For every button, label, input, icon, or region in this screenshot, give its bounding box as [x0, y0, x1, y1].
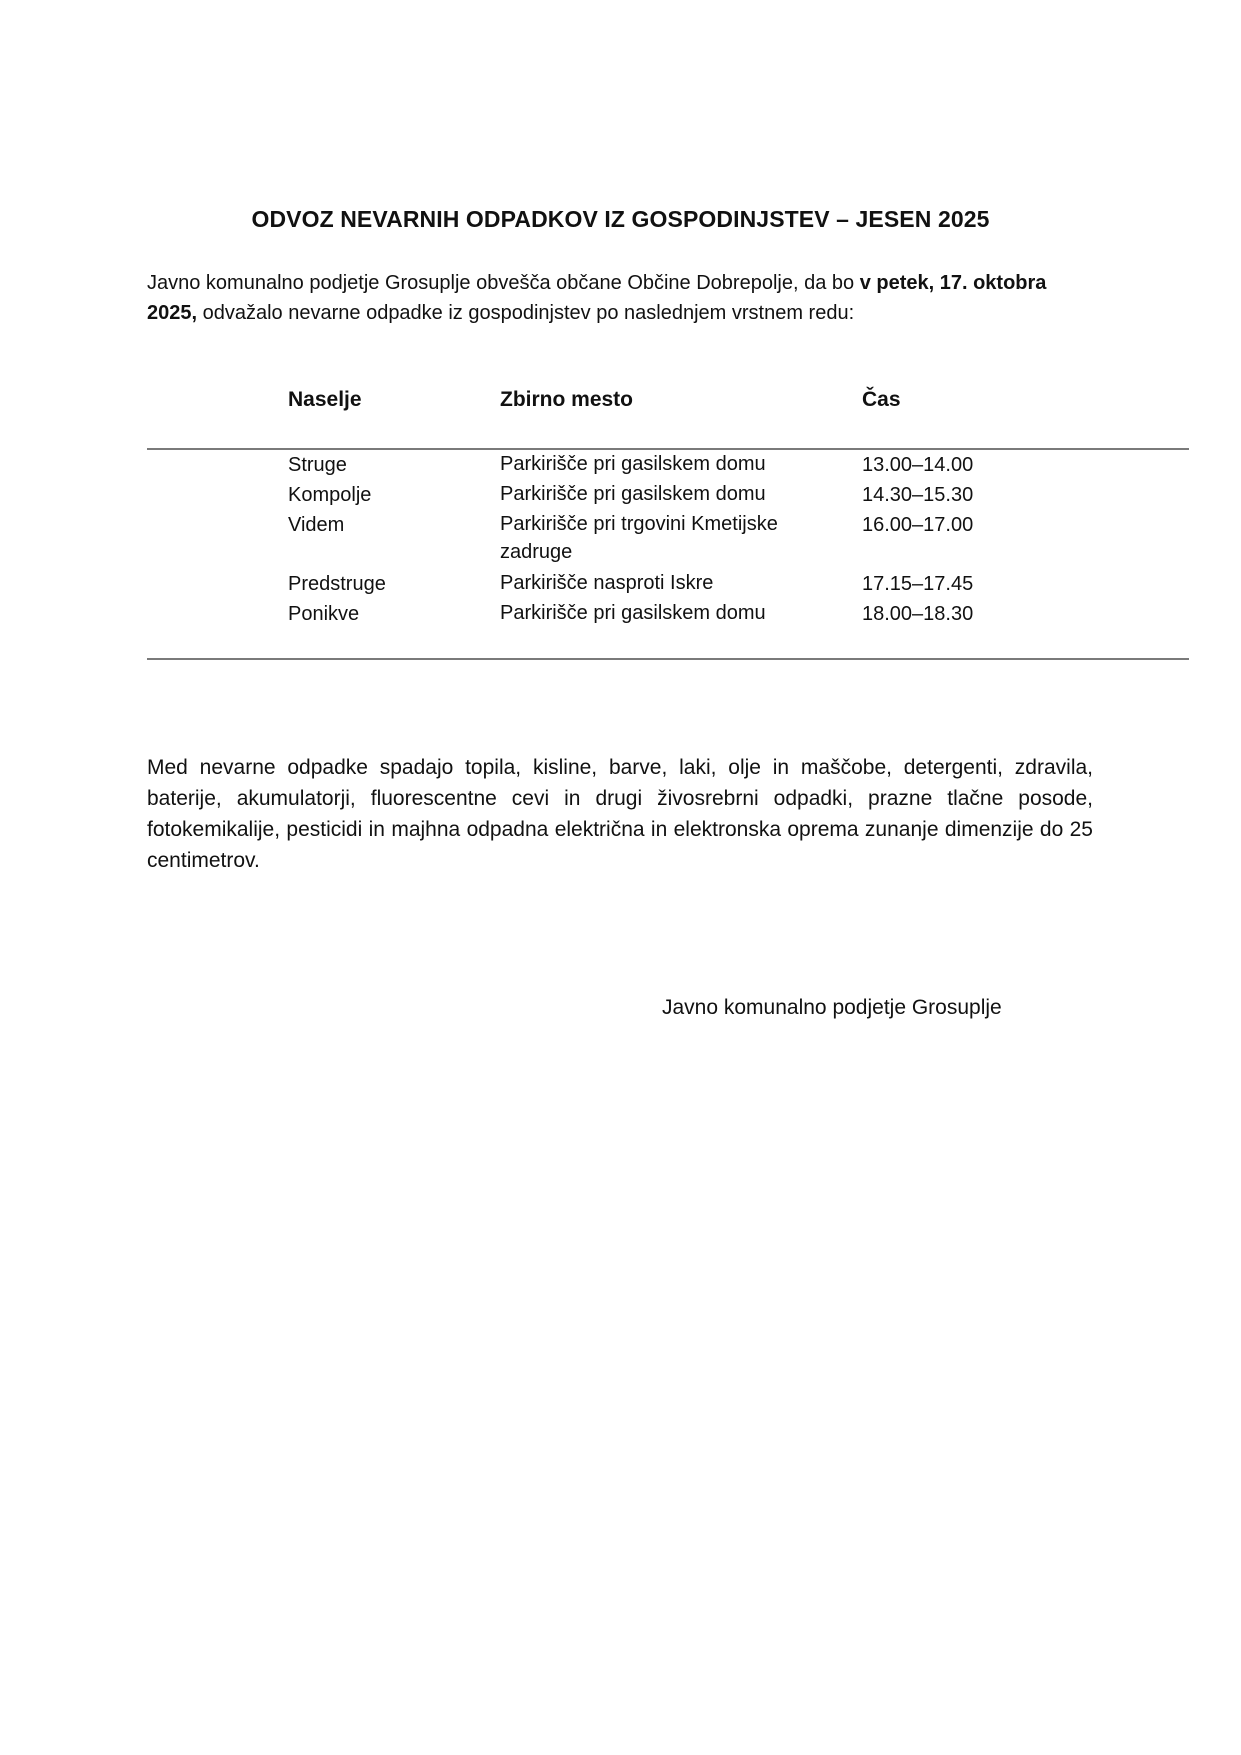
column-header-time: Čas [862, 388, 901, 412]
hazardous-waste-description: Med nevarne odpadke spadajo topila, kisl… [147, 752, 1093, 876]
location-cell: Parkirišče pri gasilskem domu [500, 450, 830, 478]
time-cell: 17.15–17.45 [862, 569, 973, 599]
settlement-cell: Kompolje [288, 480, 371, 510]
table-body: Struge Parkirišče pri gasilskem domu 13.… [0, 450, 1241, 629]
column-header-settlement: Naselje [288, 388, 362, 412]
location-cell: Parkirišče pri gasilskem domu [500, 599, 830, 627]
time-cell: 14.30–15.30 [862, 480, 973, 510]
table-row: Predstruge Parkirišče nasproti Iskre 17.… [0, 569, 1241, 599]
table-row: Struge Parkirišče pri gasilskem domu 13.… [0, 450, 1241, 480]
settlement-cell: Struge [288, 450, 347, 480]
location-cell: Parkirišče pri trgovini Kmetijske zadrug… [500, 510, 830, 566]
time-cell: 13.00–14.00 [862, 450, 973, 480]
page-title: ODVOZ NEVARNIH ODPADKOV IZ GOSPODINJSTEV… [0, 206, 1241, 233]
signature: Javno komunalno podjetje Grosuplje [662, 996, 1002, 1020]
table-row: Kompolje Parkirišče pri gasilskem domu 1… [0, 480, 1241, 510]
table-bottom-rule [147, 658, 1189, 660]
intro-text-end: odvažalo nevarne odpadke iz gospodinjste… [197, 302, 854, 324]
settlement-cell: Videm [288, 510, 344, 540]
location-cell: Parkirišče pri gasilskem domu [500, 480, 830, 508]
settlement-cell: Ponikve [288, 599, 359, 629]
time-cell: 16.00–17.00 [862, 510, 973, 540]
settlement-cell: Predstruge [288, 569, 386, 599]
intro-text-start: Javno komunalno podjetje Grosuplje obveš… [147, 272, 860, 294]
table-row: Videm Parkirišče pri trgovini Kmetijske … [0, 510, 1241, 569]
intro-paragraph: Javno komunalno podjetje Grosuplje obveš… [147, 268, 1093, 328]
time-cell: 18.00–18.30 [862, 599, 973, 629]
location-cell: Parkirišče nasproti Iskre [500, 569, 830, 597]
table-row: Ponikve Parkirišče pri gasilskem domu 18… [0, 599, 1241, 629]
column-header-location: Zbirno mesto [500, 388, 633, 412]
